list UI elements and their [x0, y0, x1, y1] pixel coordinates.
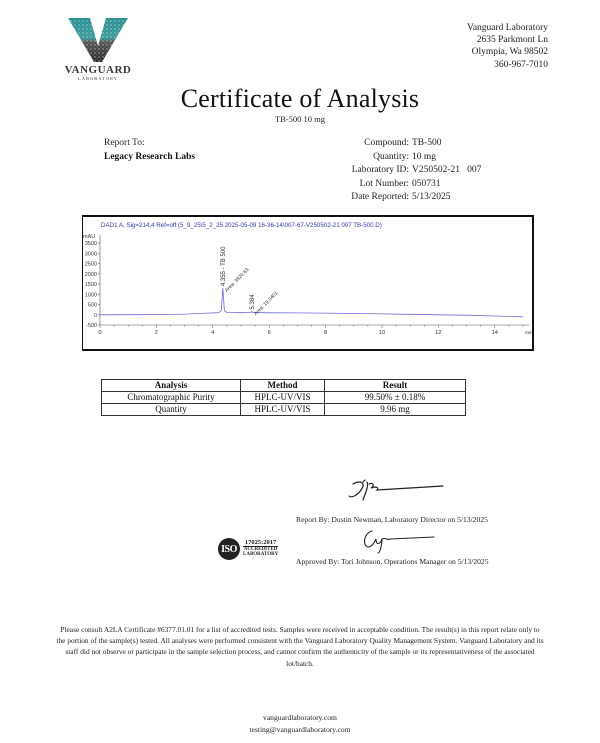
chromatogram: DAD1 A, Sig=214,4 Ref=off (5_9_25\5_2_25… [82, 215, 534, 351]
svg-text:3000: 3000 [85, 251, 97, 257]
svg-text:-500: -500 [86, 323, 97, 329]
header-result: Result [325, 380, 466, 392]
iso-text: 17025:2017 ACCREDITED LABORATORY [243, 540, 278, 558]
cell-result: 9.96 mg [325, 404, 466, 416]
svg-text:Area: 3820.63: Area: 3820.63 [224, 267, 251, 294]
table-header-row: Analysis Method Result [102, 380, 466, 392]
lab-phone: 360-967-7010 [467, 59, 548, 71]
report-by-line: Report By: Dustin Newman, Laboratory Dir… [296, 515, 488, 524]
svg-text:500: 500 [88, 303, 97, 309]
footer-email[interactable]: testing@vanguardlaboratory.com [0, 724, 600, 736]
svg-text:12: 12 [435, 330, 441, 336]
logo-subtitle: LABORATORY [58, 76, 138, 81]
page-subtitle: TB-500 10 mg [0, 114, 600, 124]
detail-row-quantity: Quantity: 10 mg [300, 151, 481, 165]
svg-text:2000: 2000 [85, 272, 97, 278]
svg-text:14: 14 [492, 330, 499, 336]
lab-street: 2635 Parkmont Ln [467, 34, 548, 46]
lab-city: Olympia, Wa 98502 [467, 46, 548, 58]
svg-text:4: 4 [211, 330, 215, 336]
table-row: Chromatographic Purity HPLC-UV/VIS 99.50… [102, 392, 466, 404]
chromatogram-plot: DAD1 A, Sig=214,4 Ref=off (5_9_25\5_2_25… [83, 217, 532, 349]
cell-result: 99.50% ± 0.18% [325, 392, 466, 404]
svg-text:1500: 1500 [85, 282, 97, 288]
detail-value: 5/13/2025 [412, 191, 451, 205]
detail-value: 10 mg [412, 151, 436, 165]
svg-text:3500: 3500 [85, 241, 97, 247]
detail-label: Compound: [300, 137, 412, 151]
cell-method: HPLC-UV/VIS [241, 392, 325, 404]
signature-tori-johnson [360, 527, 440, 555]
chromatogram-trace [100, 288, 523, 317]
disclaimer-text: Please consult A2LA Certificate #6377.01… [55, 624, 545, 669]
detail-value: V250502-21 007 [412, 164, 481, 178]
chart-title: DAD1 A, Sig=214,4 Ref=off (5_9_25\5_2_25… [101, 222, 382, 229]
detail-label: Quantity: [300, 151, 412, 165]
svg-text:0: 0 [94, 313, 97, 319]
iso-standard: 17025:2017 [243, 540, 278, 547]
table-row: Quantity HPLC-UV/VIS 9.96 mg [102, 404, 466, 416]
lab-address: Vanguard Laboratory 2635 Parkmont Ln Oly… [467, 22, 548, 71]
iso-line2: LABORATORY [243, 552, 278, 558]
svg-text:5.384: 5.384 [250, 294, 256, 310]
detail-value: TB-500 [412, 137, 442, 151]
svg-text:2: 2 [155, 330, 158, 336]
detail-row-date: Date Reported: 5/13/2025 [300, 191, 481, 205]
x-axis-label: min [525, 330, 532, 336]
cell-analysis: Chromatographic Purity [102, 392, 241, 404]
report-to-label: Report To: [104, 138, 145, 148]
page-title: Certificate of Analysis [0, 84, 600, 114]
cell-method: HPLC-UV/VIS [241, 404, 325, 416]
vanguard-logo: VANGUARD LABORATORY [58, 16, 138, 84]
svg-text:10: 10 [379, 330, 385, 336]
svg-text:2500: 2500 [85, 262, 97, 268]
y-axis-label: mAU [83, 234, 95, 240]
sample-details: Compound: TB-500 Quantity: 10 mg Laborat… [300, 137, 481, 205]
lab-name: Vanguard Laboratory [467, 22, 548, 34]
svg-text:0: 0 [98, 330, 101, 336]
header-method: Method [241, 380, 325, 392]
signature-dustin-newman [345, 476, 445, 506]
detail-row-compound: Compound: TB-500 [300, 137, 481, 151]
svg-text:8: 8 [324, 330, 327, 336]
detail-label: Date Reported: [300, 191, 412, 205]
footer: vanguardlaboratory.com testing@vanguardl… [0, 712, 600, 735]
logo-wordmark: VANGUARD [58, 64, 138, 76]
detail-row-lot: Lot Number: 050731 [300, 178, 481, 192]
iso-accreditation-badge: ISO 17025:2017 ACCREDITED LABORATORY [218, 538, 278, 560]
svg-text:6: 6 [268, 330, 271, 336]
iso-globe-icon: ISO [218, 538, 240, 560]
header-analysis: Analysis [102, 380, 241, 392]
detail-value: 050731 [412, 178, 441, 192]
detail-label: Lot Number: [300, 178, 412, 192]
cell-analysis: Quantity [102, 404, 241, 416]
detail-row-lab-id: Laboratory ID: V250502-21 007 [300, 164, 481, 178]
svg-text:4.355 - TB 500: 4.355 - TB 500 [221, 246, 227, 286]
detail-label: Laboratory ID: [300, 164, 412, 178]
results-table: Analysis Method Result Chromatographic P… [101, 379, 466, 416]
approved-by-line: Approved By: Tori Johnson, Operations Ma… [296, 557, 489, 566]
report-to-name: Legacy Research Labs [104, 152, 195, 162]
footer-website[interactable]: vanguardlaboratory.com [0, 712, 600, 724]
svg-text:1000: 1000 [85, 292, 97, 298]
v-logo-icon [58, 16, 138, 64]
